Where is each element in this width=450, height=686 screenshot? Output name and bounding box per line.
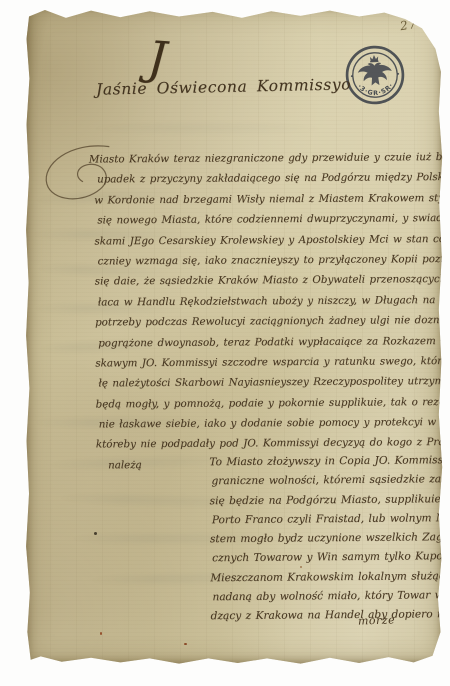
text-line: łaca w Handlu Rękodziełstwach uboży y ni…	[98, 293, 450, 316]
text-line: cznych Towarow y Win samym tylko Kupcom	[212, 550, 450, 572]
text-line: dzący z Krakowa na Handel aby dopiero na…	[211, 608, 450, 630]
text-line: w Kordonie nad brzegami Wisły niemal z M…	[94, 191, 450, 214]
manuscript-paper: 27 ·3·GR·SR· J Jaśnie Oświecona Kommiss	[24, 6, 443, 665]
text-line: Porto Franco czyli Fraistad, lub wolnym …	[212, 512, 450, 534]
text-line: czniey wzmaga się, iako znacznieyszy to …	[98, 253, 450, 276]
manuscript-scan: 27 ·3·GR·SR· J Jaśnie Oświecona Kommiss	[0, 0, 450, 686]
paper-speck	[184, 643, 187, 645]
text-line: stem mogło bydz uczynione wszelkich Zagr…	[210, 531, 450, 553]
text-line: Mieszczanom Krakowskim lokalnym służący,…	[210, 570, 450, 592]
text-line: skami JEgo Cesarskiey Krolewskiey y Apos…	[94, 232, 450, 255]
text-line: upadek z przyczyny zakładaiącego się na …	[97, 171, 450, 194]
text-line: pogrążone dwoynasob, teraz Podatki wypła…	[98, 334, 450, 357]
text-line: potrzeby podczas Rewolucyi zaciągnionych…	[95, 314, 450, 337]
text-line: się będzie na Podgórzu Miasto, supplikui…	[210, 492, 450, 514]
text-line: będą mogły, y pomnożą, podaie y pokornie…	[96, 395, 450, 418]
text-line: To Miasto złożywszy in Copia JO. Kommiss…	[209, 454, 450, 476]
folio-number: 27	[399, 17, 418, 34]
text-line: nadaną aby wolność miało, który Towar wy…	[212, 589, 450, 611]
text-line: łę należytości Skarbowi Nayiasnieyszey R…	[98, 375, 450, 398]
stamp-denomination: ·3·GR·SR·	[356, 81, 396, 98]
text-line: skawym JO. Kommissyi szczodre wsparcia y…	[95, 354, 450, 377]
text-line: się daie, że sąsiedzkie Kraków Miasto z …	[95, 273, 450, 296]
verso-bleedthrough	[84, 124, 334, 133]
ink-speck	[94, 532, 97, 535]
double-eagle-icon	[357, 62, 392, 86]
text-line: graniczne wolności, któremi sąsiedzkie z…	[211, 473, 450, 495]
crown-icon	[370, 55, 379, 62]
document-heading: Jaśnie Oświecona Kommissyo	[96, 75, 351, 98]
revenue-stamp: ·3·GR·SR·	[342, 42, 407, 107]
invocation-mark: J	[146, 34, 168, 81]
paragraph-main: Miasto Kraków teraz niezgraniczone gdy p…	[94, 151, 450, 480]
paper-speck	[100, 632, 102, 635]
svg-text:·3·GR·SR·: ·3·GR·SR·	[356, 81, 396, 98]
catchword: morze	[358, 613, 396, 627]
text-line: się nowego Miasta, które codziennemi dwu…	[97, 212, 450, 235]
paragraph-petition: To Miasto złożywszy in Copia JO. Kommiss…	[209, 454, 450, 630]
